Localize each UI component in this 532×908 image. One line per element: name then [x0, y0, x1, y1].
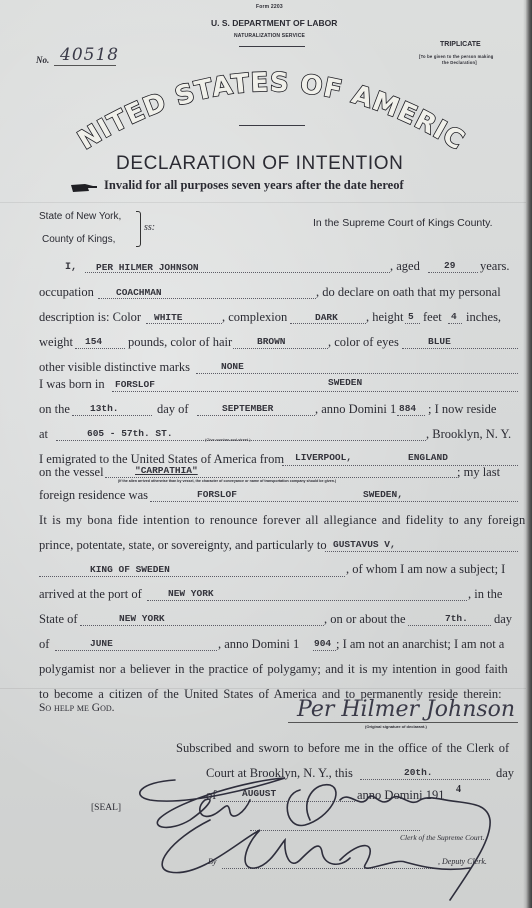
jurat-year: 4: [456, 784, 461, 795]
jurat-day-blank: [360, 778, 490, 780]
sovereign-blank: [325, 550, 518, 552]
weight-blank: [75, 347, 125, 349]
last-label: ; my last: [457, 465, 500, 480]
renunciation-text: prince, potentate, state, or sovereignty…: [39, 538, 327, 553]
court-name: In the Supreme Court of Kings County.: [313, 217, 493, 229]
ss-label: ss:: [144, 222, 155, 233]
foreign-residence-label: foreign residence was: [39, 488, 148, 503]
state-label: State of: [39, 612, 78, 627]
by-label: By: [208, 857, 216, 866]
port-value: NEW YORK: [168, 588, 214, 599]
eyes-label: , color of eyes: [328, 335, 399, 350]
renunciation-text: It is my bona fide intention to renounce…: [39, 513, 526, 528]
venue-bracket: [136, 211, 141, 247]
birthyear-blank: [397, 414, 425, 416]
emigrated-city: LIVERPOOL,: [295, 452, 352, 463]
marks-blank: [196, 372, 518, 374]
arrival-year: 904: [314, 638, 331, 649]
birth-country: SWEDEN: [328, 377, 362, 388]
oath-text: polygamist nor a believer in the practic…: [39, 662, 508, 677]
page-edge: [526, 0, 532, 908]
declarant-signature: Per Hilmer Johnson: [297, 697, 515, 722]
arrival-day-blank: [408, 624, 491, 626]
on-the-label: on the: [39, 402, 70, 417]
vessel-label: on the vessel: [39, 465, 104, 480]
clerk-blank: [250, 829, 420, 831]
at-label: at: [39, 427, 48, 442]
jurat-day-label: day: [496, 766, 514, 781]
arrival-day: 7th.: [445, 613, 468, 624]
subject-label: , of whom I am now a subject; I: [346, 562, 505, 577]
age-blank: [428, 271, 478, 273]
port-label: arrived at the port of: [39, 587, 142, 602]
day-of-label: day of: [157, 402, 189, 417]
declarant-name: PER HILMER JOHNSON: [96, 262, 199, 273]
weight-value: 154: [85, 336, 102, 347]
address-hint: (Give number and street.): [205, 437, 251, 442]
venue-state: State of New York,: [39, 211, 121, 222]
pronoun-i: I,: [65, 262, 77, 273]
anno-label: , anno Domini 1: [218, 637, 299, 652]
vessel-hint: (If the alien arrived otherwise than by …: [118, 479, 336, 483]
foreign-residence-country: SWEDEN,: [363, 489, 403, 500]
eyes-blank: [402, 347, 518, 349]
weight-label: weight: [39, 335, 73, 350]
foreign-residence-blank: [150, 500, 518, 502]
birth-year: 884: [399, 403, 416, 414]
about-label: , on or about the: [324, 612, 406, 627]
jurat-month: AUGUST: [242, 788, 276, 799]
inches-label: inches,: [466, 310, 501, 325]
sovereign-title: KING OF SWEDEN: [90, 564, 170, 575]
anarchist-text: ; I am not an anarchist; I am not a: [336, 637, 504, 652]
height-inches: 4: [451, 311, 457, 322]
fold-line: [0, 202, 526, 203]
deputy-title: , Deputy Clerk.: [438, 857, 487, 866]
service-name: NATURALIZATION SERVICE: [234, 33, 305, 39]
pounds-label: pounds, color of hair: [128, 335, 232, 350]
foreign-residence-place: FORSLOF: [197, 489, 237, 500]
born-label: I was born in: [39, 377, 105, 392]
copy-type: TRIPLICATE: [440, 41, 481, 48]
birth-day: 13th.: [90, 403, 119, 414]
oath-closing: So help me God.: [39, 702, 115, 714]
hair-value: BROWN: [257, 336, 286, 347]
state-blank: [80, 624, 324, 626]
oath-text: , do declare on oath that my personal: [316, 285, 501, 300]
clerk-title: Clerk of the Supreme Court.: [400, 833, 485, 842]
jurat-of-label: of: [206, 788, 216, 803]
complexion-value: DARK: [315, 312, 338, 323]
birthday-blank: [72, 414, 152, 416]
sovereign-name: GUSTAVUS V,: [333, 539, 396, 550]
state-value: NEW YORK: [119, 613, 165, 624]
sovereign-title-blank: [39, 575, 345, 577]
height-label: , height: [366, 310, 404, 325]
arrival-year-blank: [313, 649, 336, 651]
validity-warning: Invalid for all purposes seven years aft…: [104, 178, 404, 193]
feet-label: feet: [423, 310, 442, 325]
jurat-anno-label: anno Domini 191: [357, 788, 445, 803]
arrival-month-blank: [55, 649, 217, 651]
department-name: U. S. DEPARTMENT OF LABOR: [211, 18, 337, 28]
birthplace-blank: [112, 390, 518, 392]
pointing-hand-icon: [71, 180, 97, 190]
jurat-month-blank: [220, 800, 355, 802]
city-label: , Brooklyn, N. Y.: [426, 427, 511, 442]
signature-hint: (Original signature of declarant.): [365, 724, 427, 729]
birth-month: SEPTEMBER: [222, 403, 273, 414]
title-rule: [239, 125, 305, 126]
address-value: 605 - 57th. ST.: [87, 428, 173, 439]
aged-label: , aged: [390, 259, 420, 274]
occupation-value: COACHMAN: [116, 287, 162, 298]
deputy-blank: [222, 867, 437, 869]
court-label: Court at Brooklyn, N. Y., this: [206, 766, 353, 781]
hair-blank: [233, 347, 328, 349]
page-title: DECLARATION OF INTENTION: [116, 153, 403, 175]
feet-blank: [405, 322, 420, 324]
jurat-text: Subscribed and sworn to before me in the…: [176, 741, 509, 756]
inches-blank: [448, 322, 462, 324]
seal-label: [SEAL]: [91, 803, 121, 813]
signature-line: [288, 722, 518, 723]
in-the-label: , in the: [468, 587, 502, 602]
emigrated-country: ENGLAND: [408, 452, 448, 463]
height-feet: 5: [408, 311, 414, 322]
complexion-label: , complexion: [222, 310, 287, 325]
form-number: Form 2203: [256, 4, 283, 10]
port-blank: [147, 599, 467, 601]
venue-county: County of Kings,: [42, 234, 115, 245]
svg-text:UNITED STATES OF AMERICA: UNITED STATES OF AMERICA: [0, 60, 470, 157]
occupation-label: occupation: [39, 285, 94, 300]
years-label: years.: [480, 259, 510, 274]
copy-note: [To be given to the person making: [419, 54, 493, 59]
eyes-value: BLUE: [428, 336, 451, 347]
vessel-name: "CARPATHIA": [135, 465, 198, 476]
marks-value: NONE: [221, 361, 244, 372]
reside-label: ; I now reside: [428, 402, 496, 417]
arrival-month: JUNE: [90, 638, 113, 649]
declarant-age: 29: [444, 260, 455, 271]
marks-label: other visible distinctive marks: [39, 360, 190, 375]
anno-label: , anno Domini 1: [315, 402, 396, 417]
birthmonth-blank: [197, 414, 315, 416]
description-label: description is: Color: [39, 310, 141, 325]
birth-place: FORSLOF: [115, 379, 155, 390]
jurat-day: 20th.: [404, 767, 433, 778]
document-page: Form 2203 U. S. DEPARTMENT OF LABOR NATU…: [0, 0, 532, 908]
of-label: of: [39, 637, 49, 652]
header-rule: [239, 46, 305, 47]
day-label: day: [494, 612, 512, 627]
vessel-blank: [105, 476, 457, 478]
color-value: WHITE: [154, 312, 183, 323]
